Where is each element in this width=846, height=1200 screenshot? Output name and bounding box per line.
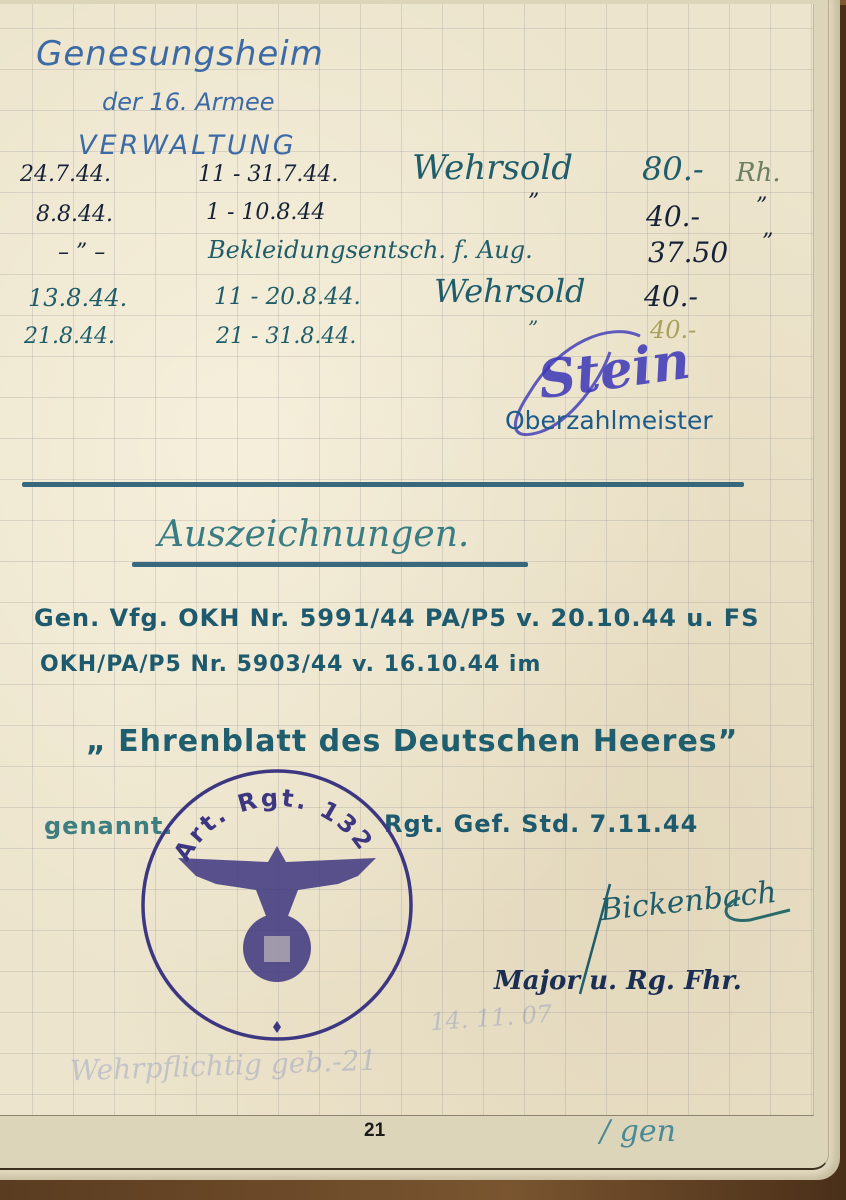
stamp-line-armee: der 16. Armee [102, 88, 275, 116]
section-divider [22, 482, 744, 487]
entry-date: 13.8.44. [28, 284, 127, 312]
entry-amount: 80.- [642, 150, 704, 188]
entry-period: Bekleidungsentsch. f. Aug. [208, 236, 533, 264]
award-line-1: Gen. Vfg. OKH Nr. 5991/44 PA/P5 v. 20.10… [34, 604, 760, 632]
entry-period: 21 - 31.8.44. [216, 324, 356, 349]
entry-unit: Rh. [736, 158, 781, 188]
entry-period: 11 - 31.7.44. [198, 162, 338, 187]
paymaster-stamp: Oberzahlmeister [505, 406, 713, 435]
entry-unit: ” [762, 230, 773, 255]
document-page: 14. 11. 07 Wehrpflichtig geb.-21 Genesun… [0, 4, 814, 1116]
entry-date: 21.8.44. [24, 324, 115, 349]
seal-star-icon [273, 1021, 281, 1033]
entry-amount: 37.50 [648, 236, 728, 269]
entry-unit: ” [756, 194, 767, 219]
entry-description: ” [528, 190, 539, 215]
entry-date: 8.8.44. [36, 202, 113, 227]
eagle-emblem-icon [178, 846, 376, 982]
stamp-line-verwaltung: VERWALTUNG [78, 130, 297, 161]
award-line-4-location-date: Rgt. Gef. Std. 7.11.44 [384, 810, 698, 838]
page-number: 21 [364, 1120, 385, 1142]
award-line-2: OKH/PA/P5 Nr. 5903/44 v. 16.10.44 im [40, 652, 541, 677]
entry-period: 11 - 20.8.44. [214, 284, 361, 310]
entry-amount: 40.- [644, 280, 698, 313]
commander-title: Major u. Rg. Fhr. [494, 966, 742, 996]
entry-description: Wehrsold [412, 148, 573, 188]
award-honor-roll-title: „ Ehrenblatt des Deutschen Heeres” [86, 724, 738, 759]
ghost-text-date: 14. 11. 07 [429, 1000, 553, 1036]
entry-date: – ” – [58, 240, 105, 265]
ghost-text-line: Wehrpflichtig geb.-21 [70, 1044, 378, 1088]
section-heading: Auszeichnungen. [158, 514, 469, 555]
regimental-seal: Art. Rgt. 132 [138, 766, 416, 1044]
heading-underline [132, 562, 528, 567]
entry-period: 1 - 10.8.44 [206, 200, 325, 225]
entry-description: Wehrsold [434, 272, 586, 310]
overflow-handwriting-fragment: / gen [600, 1114, 676, 1149]
stamp-line-genesungsheim: Genesungsheim [36, 34, 324, 74]
entry-date: 24.7.44. [20, 162, 111, 187]
entry-amount: 40.- [646, 200, 700, 233]
